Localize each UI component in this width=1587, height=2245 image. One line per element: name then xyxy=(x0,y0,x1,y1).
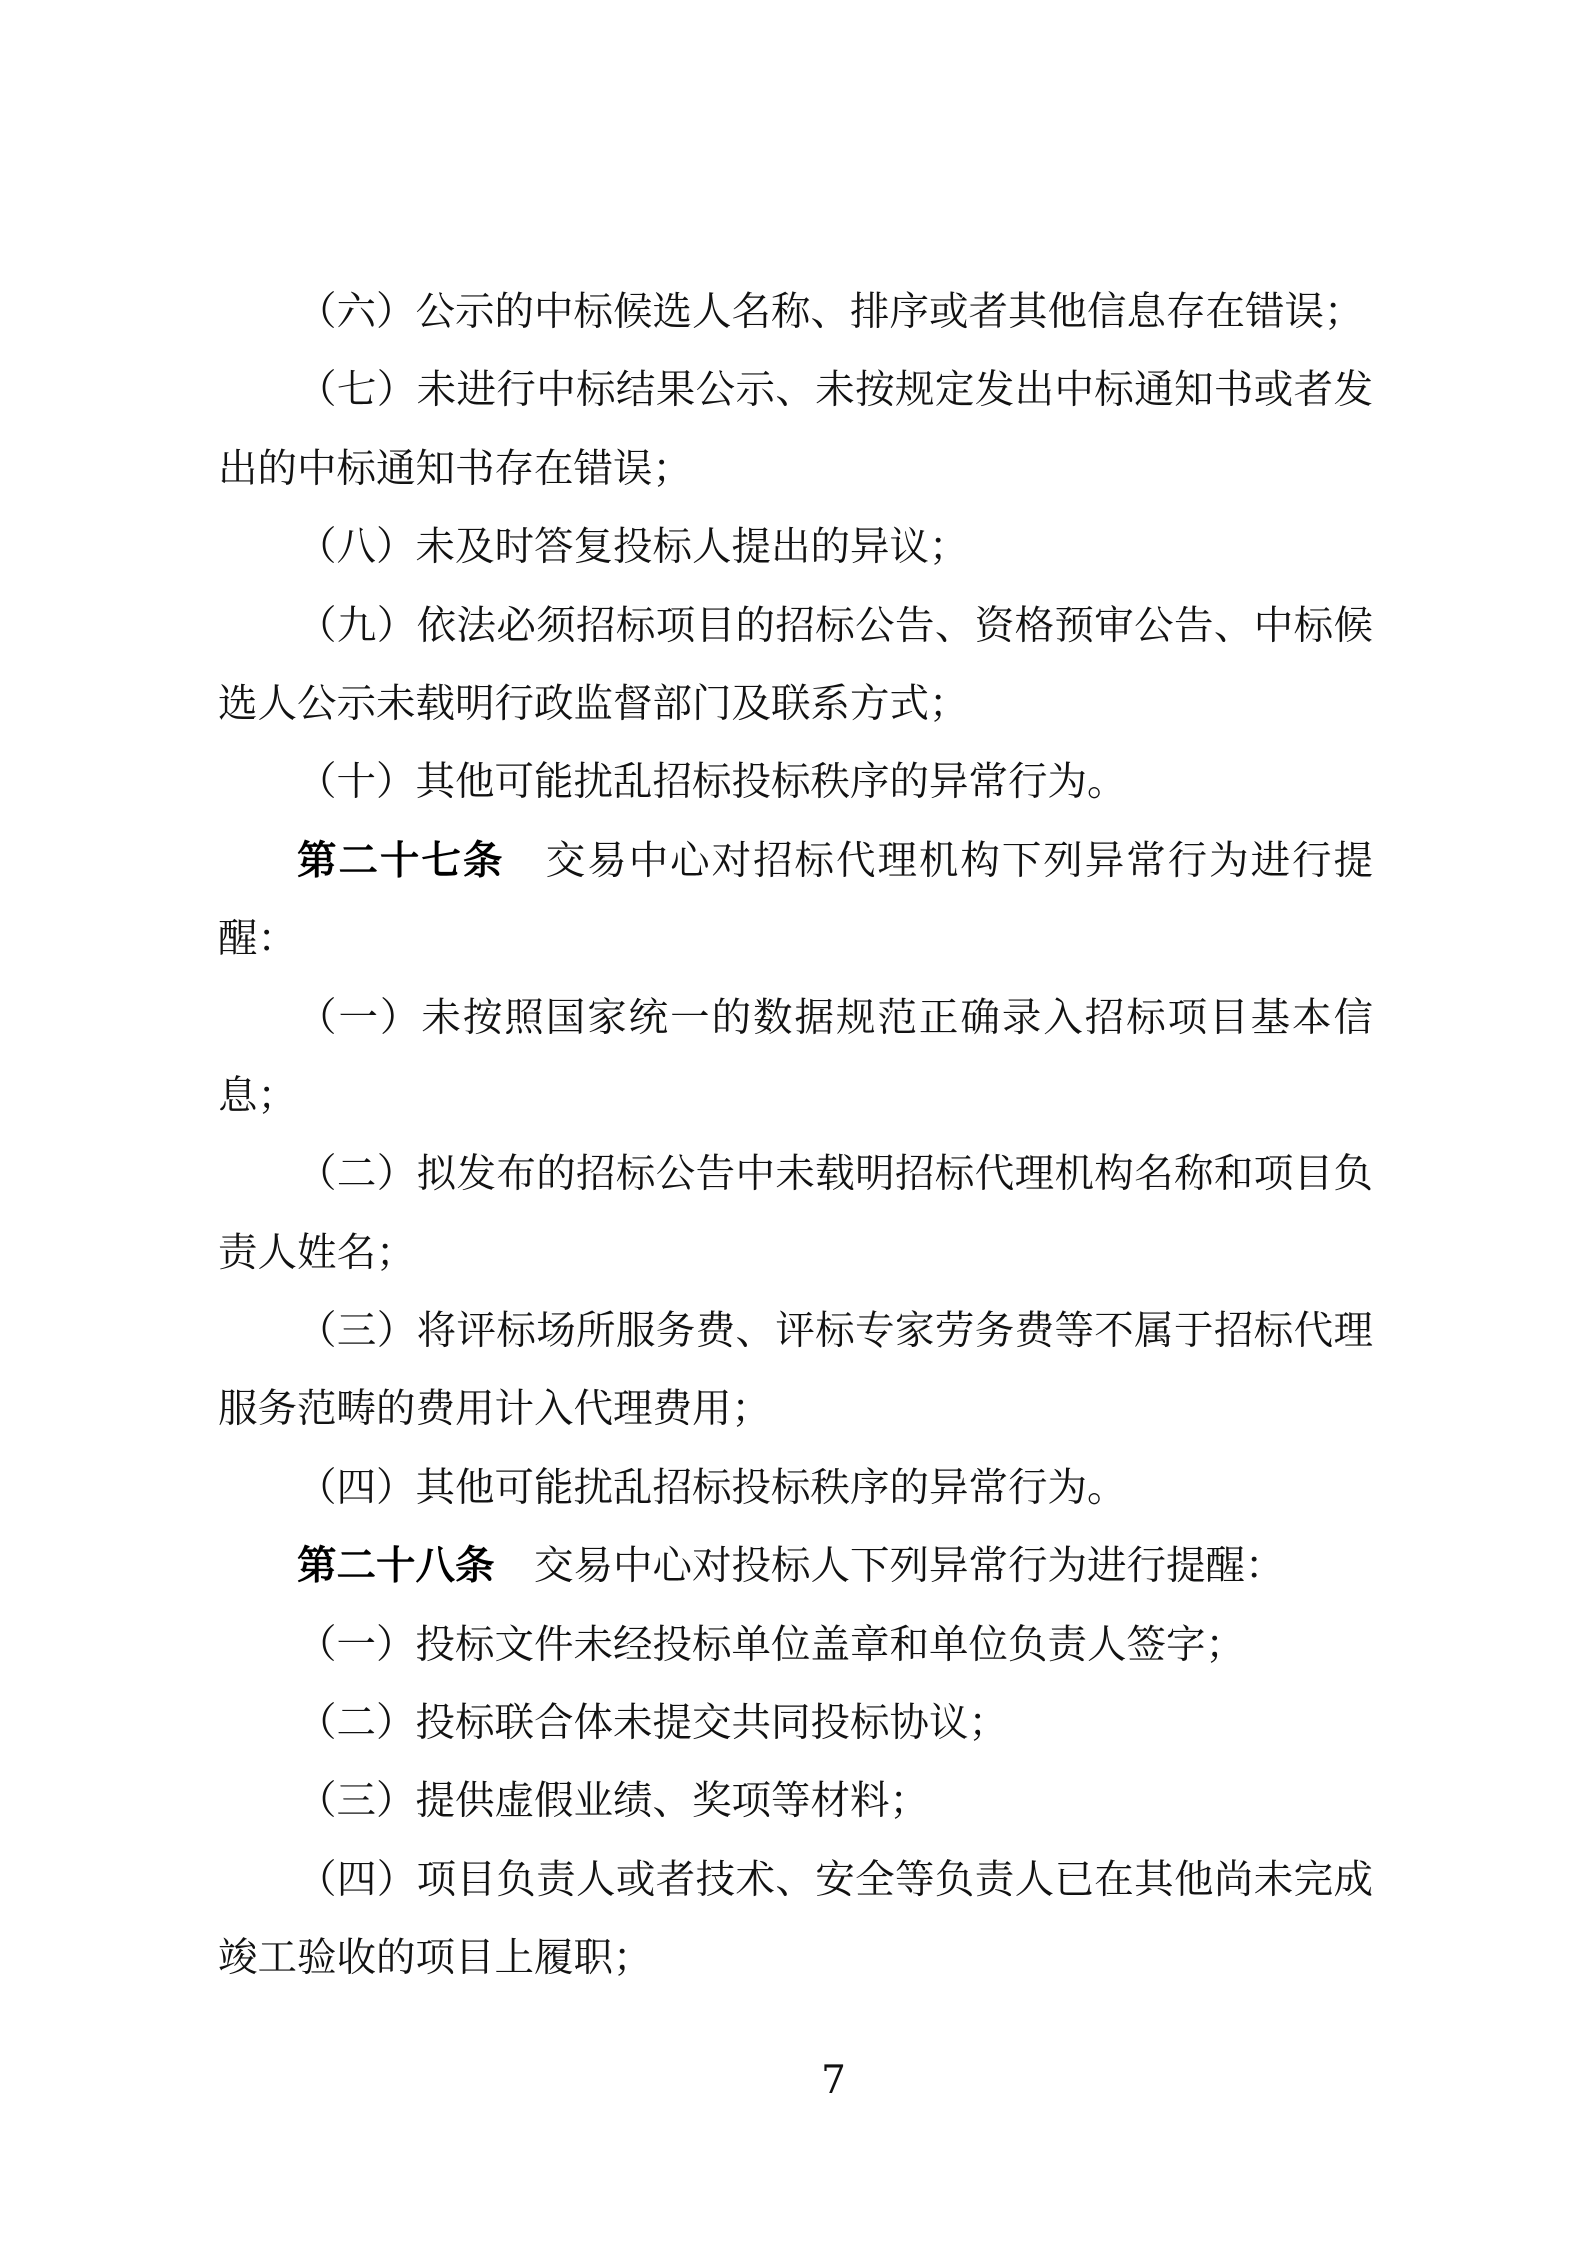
text-run: （十）其他可能扰乱招标投标秩序的异常行为。 xyxy=(297,759,1127,805)
text-line: （四）项目负责人或者技术、安全等负责人已在其他尚未完成 xyxy=(218,1841,1373,1919)
text-line: （一）未按照国家统一的数据规范正确录入招标项目基本信 xyxy=(218,979,1373,1057)
paragraph: （九）依法必须招标项目的招标公告、资格预审公告、中标候选人公示未载明行政监督部门… xyxy=(218,587,1373,744)
text-run: （四）项目负责人或者技术、安全等负责人已在其他尚未完成 xyxy=(297,1857,1373,1903)
text-line: （三）将评标场所服务费、评标专家劳务费等不属于招标代理 xyxy=(218,1292,1373,1370)
text-line: 醒： xyxy=(218,900,1373,978)
document-page: （六）公示的中标候选人名称、排序或者其他信息存在错误；（七）未进行中标结果公示、… xyxy=(0,0,1587,2245)
page-number: 7 xyxy=(821,2042,846,2120)
text-line: （六）公示的中标候选人名称、排序或者其他信息存在错误； xyxy=(218,273,1373,351)
text-line: 服务范畴的费用计入代理费用； xyxy=(218,1370,1373,1448)
text-run: （一）未按照国家统一的数据规范正确录入招标项目基本信 xyxy=(297,995,1373,1041)
text-line: （九）依法必须招标项目的招标公告、资格预审公告、中标候 xyxy=(218,587,1373,665)
paragraph: （一）未按照国家统一的数据规范正确录入招标项目基本信息； xyxy=(218,979,1373,1136)
text-run: （三）将评标场所服务费、评标专家劳务费等不属于招标代理 xyxy=(297,1308,1373,1354)
text-line: 竣工验收的项目上履职； xyxy=(218,1919,1373,1997)
article-number: 第二十八条 xyxy=(297,1543,495,1589)
paragraph: （六）公示的中标候选人名称、排序或者其他信息存在错误； xyxy=(218,273,1373,351)
text-run: （二）拟发布的招标公告中未载明招标代理机构名称和项目负 xyxy=(297,1151,1373,1197)
text-line: （二）投标联合体未提交共同投标协议； xyxy=(218,1684,1373,1762)
paragraph: （十）其他可能扰乱招标投标秩序的异常行为。 xyxy=(218,743,1373,821)
paragraph: （四）项目负责人或者技术、安全等负责人已在其他尚未完成竣工验收的项目上履职； xyxy=(218,1841,1373,1998)
text-run: （三）提供虚假业绩、奖项等材料； xyxy=(297,1778,929,1824)
paragraph: （七）未进行中标结果公示、未按规定发出中标通知书或者发出的中标通知书存在错误； xyxy=(218,351,1373,508)
text-run: 出的中标通知书存在错误； xyxy=(218,446,692,492)
text-run: （六）公示的中标候选人名称、排序或者其他信息存在错误； xyxy=(297,289,1364,335)
paragraph: （三）将评标场所服务费、评标专家劳务费等不属于招标代理服务范畴的费用计入代理费用… xyxy=(218,1292,1373,1449)
text-run: 交易中心对招标代理机构下列异常行为进行提 xyxy=(504,838,1373,884)
text-run: （四）其他可能扰乱招标投标秩序的异常行为。 xyxy=(297,1465,1127,1511)
text-line: （一）投标文件未经投标单位盖章和单位负责人签字； xyxy=(218,1606,1373,1684)
text-line: 选人公示未载明行政监督部门及联系方式； xyxy=(218,665,1373,743)
text-run: 醒： xyxy=(218,916,297,962)
paragraph: （二）投标联合体未提交共同投标协议； xyxy=(218,1684,1373,1762)
text-line: 第二十七条 交易中心对招标代理机构下列异常行为进行提 xyxy=(218,822,1373,900)
text-line: （四）其他可能扰乱招标投标秩序的异常行为。 xyxy=(218,1449,1373,1527)
text-line: 出的中标通知书存在错误； xyxy=(218,430,1373,508)
paragraph: （四）其他可能扰乱招标投标秩序的异常行为。 xyxy=(218,1449,1373,1527)
paragraph: （二）拟发布的招标公告中未载明招标代理机构名称和项目负责人姓名； xyxy=(218,1135,1373,1292)
text-run: （九）依法必须招标项目的招标公告、资格预审公告、中标候 xyxy=(297,603,1373,649)
text-line: 第二十八条 交易中心对投标人下列异常行为进行提醒： xyxy=(218,1527,1373,1605)
text-line: （十）其他可能扰乱招标投标秩序的异常行为。 xyxy=(218,743,1373,821)
text-run: 选人公示未载明行政监督部门及联系方式； xyxy=(218,681,969,727)
text-line: 息； xyxy=(218,1057,1373,1135)
paragraph: 第二十七条 交易中心对招标代理机构下列异常行为进行提醒： xyxy=(218,822,1373,979)
text-line: （七）未进行中标结果公示、未按规定发出中标通知书或者发 xyxy=(218,351,1373,429)
text-run: 息； xyxy=(218,1073,297,1119)
text-line: （三）提供虚假业绩、奖项等材料； xyxy=(218,1762,1373,1840)
paragraph: （一）投标文件未经投标单位盖章和单位负责人签字； xyxy=(218,1606,1373,1684)
text-run: 竣工验收的项目上履职； xyxy=(218,1935,653,1981)
text-run: （二）投标联合体未提交共同投标协议； xyxy=(297,1700,1008,1746)
text-line: （八）未及时答复投标人提出的异议； xyxy=(218,508,1373,586)
text-line: （二）拟发布的招标公告中未载明招标代理机构名称和项目负 xyxy=(218,1135,1373,1213)
text-run: （八）未及时答复投标人提出的异议； xyxy=(297,524,969,570)
text-run: （一）投标文件未经投标单位盖章和单位负责人签字； xyxy=(297,1622,1245,1668)
paragraph: （八）未及时答复投标人提出的异议； xyxy=(218,508,1373,586)
page-footer: 7 xyxy=(0,2042,1587,2120)
paragraph: （三）提供虚假业绩、奖项等材料； xyxy=(218,1762,1373,1840)
document-body: （六）公示的中标候选人名称、排序或者其他信息存在错误；（七）未进行中标结果公示、… xyxy=(218,273,1373,1998)
paragraph: 第二十八条 交易中心对投标人下列异常行为进行提醒： xyxy=(218,1527,1373,1605)
text-run: 服务范畴的费用计入代理费用； xyxy=(218,1386,771,1432)
text-line: 责人姓名； xyxy=(218,1214,1373,1292)
article-number: 第二十七条 xyxy=(297,838,504,884)
text-run: 责人姓名； xyxy=(218,1230,416,1276)
text-run: 交易中心对投标人下列异常行为进行提醒： xyxy=(495,1543,1285,1589)
text-run: （七）未进行中标结果公示、未按规定发出中标通知书或者发 xyxy=(297,367,1373,413)
